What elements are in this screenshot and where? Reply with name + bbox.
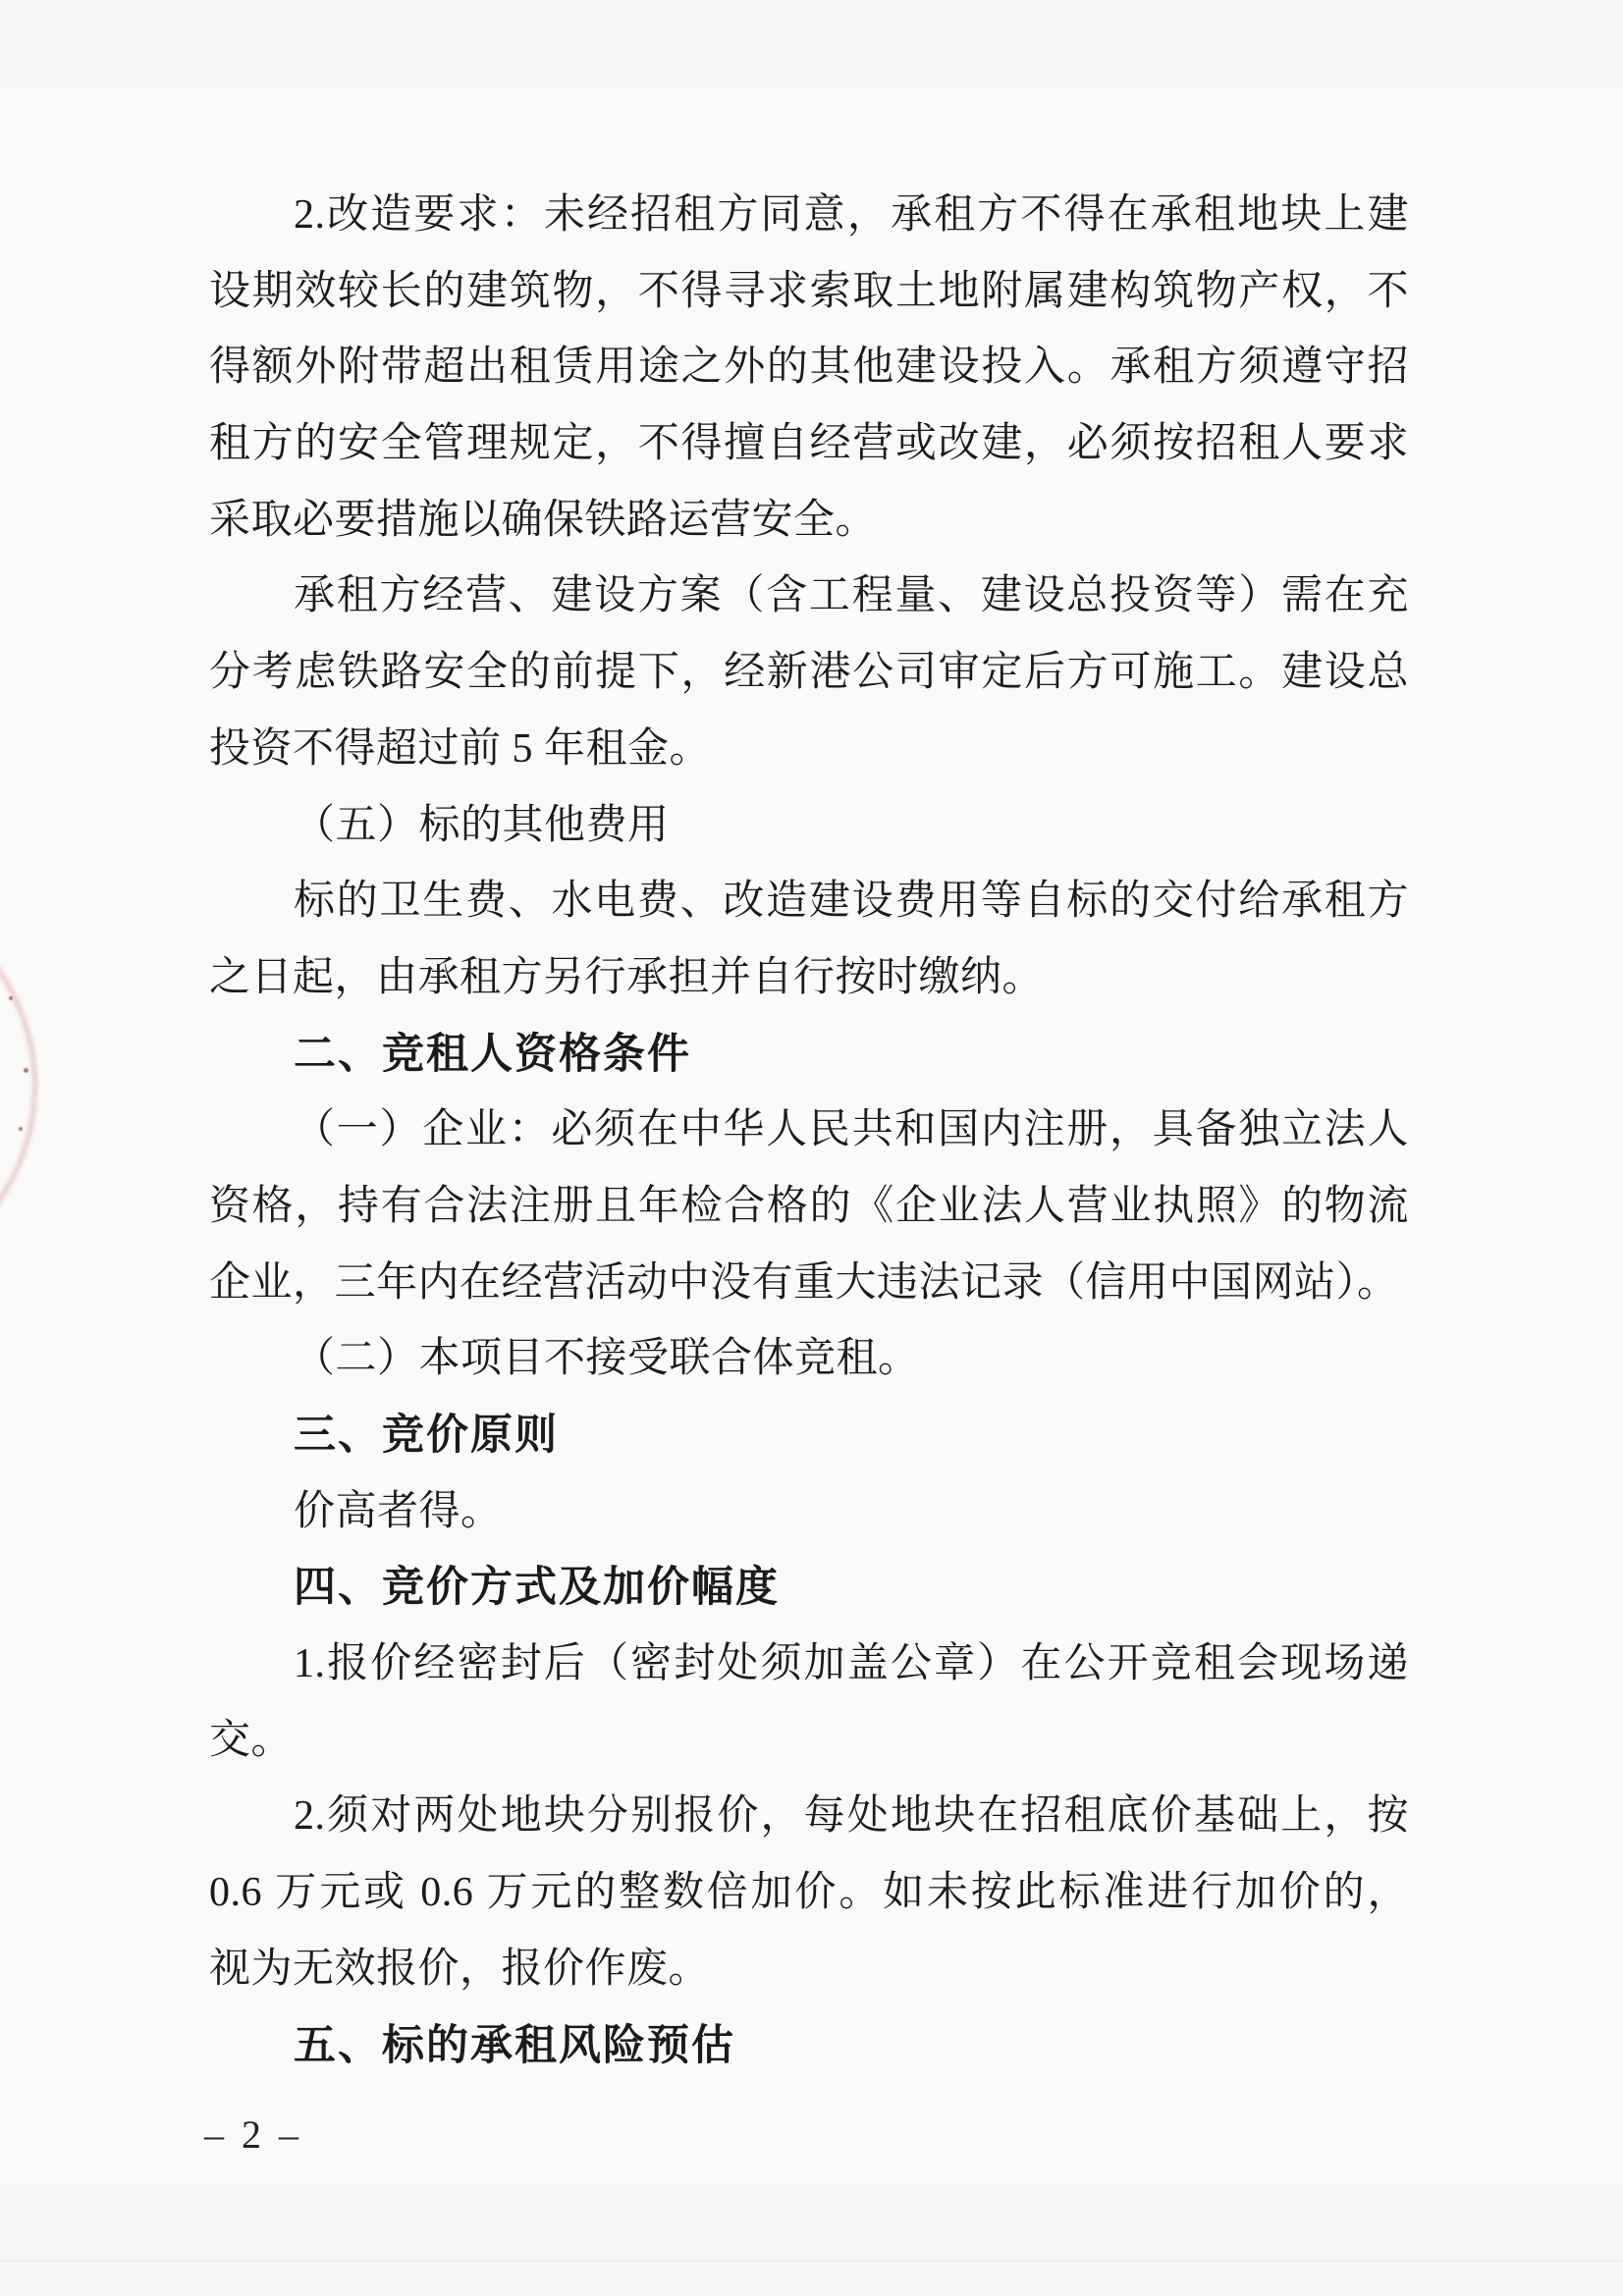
text-line: 设期效较长的建筑物，不得寻求索取土地附属建构筑物产权，不 bbox=[209, 254, 1409, 331]
text-line: 2.改造要求：未经招租方同意，承租方不得在承租地块上建 bbox=[209, 178, 1409, 254]
text-line: 视为无效报价，报价作废。 bbox=[209, 1932, 1409, 2008]
text-line: 交。 bbox=[209, 1703, 1409, 1780]
section-heading: 三、竞价原则 bbox=[209, 1398, 1409, 1474]
text-line: （二）本项目不接受联合体竞租。 bbox=[209, 1321, 1409, 1398]
document-page: 2.改造要求：未经招租方同意，承租方不得在承租地块上建设期效较长的建筑物，不得寻… bbox=[0, 0, 1623, 2296]
section-heading: 五、标的承租风险预估 bbox=[209, 2008, 1409, 2085]
text-line: 得额外附带超出租赁用途之外的其他建设投入。承租方须遵守招 bbox=[209, 330, 1409, 406]
red-seal-artifact bbox=[0, 881, 37, 1290]
text-line: （五）标的其他费用 bbox=[209, 788, 1409, 865]
text-block: 2.改造要求：未经招租方同意，承租方不得在承租地块上建设期效较长的建筑物，不得寻… bbox=[209, 178, 1409, 2084]
text-line: 0.6 万元或 0.6 万元的整数倍加价。如未按此标准进行加价的， bbox=[209, 1855, 1409, 1932]
text-line: 资格，持有合法注册且年检合格的《企业法人营业执照》的物流 bbox=[209, 1169, 1409, 1246]
text-line: 采取必要措施以确保铁路运营安全。 bbox=[209, 483, 1409, 560]
section-heading: 四、竞价方式及加价幅度 bbox=[209, 1550, 1409, 1627]
section-heading: 二、竞租人资格条件 bbox=[209, 1017, 1409, 1094]
red-seal-speck bbox=[19, 1127, 23, 1131]
text-line: 承租方经营、建设方案（含工程量、建设总投资等）需在充 bbox=[209, 559, 1409, 635]
text-line: 投资不得超过前 5 年租金。 bbox=[209, 712, 1409, 788]
red-seal-speck bbox=[9, 996, 13, 1000]
text-line: 企业，三年内在经营活动中没有重大违法记录（信用中国网站）。 bbox=[209, 1246, 1409, 1322]
text-line: 分考虑铁路安全的前提下，经新港公司审定后方可施工。建设总 bbox=[209, 635, 1409, 712]
text-line: （一）企业：必须在中华人民共和国内注册，具备独立法人 bbox=[209, 1093, 1409, 1169]
scan-artifact-line bbox=[0, 2260, 1623, 2262]
page-number: – 2 – bbox=[204, 2110, 302, 2160]
red-seal-speck bbox=[24, 1068, 28, 1073]
text-line: 1.报价经密封后（密封处须加盖公章）在公开竞租会现场递 bbox=[209, 1627, 1409, 1703]
text-line: 之日起，由承租方另行承担并自行按时缴纳。 bbox=[209, 940, 1409, 1017]
text-line: 2.须对两处地块分别报价，每处地块在招租底价基础上，按 bbox=[209, 1779, 1409, 1855]
text-line: 标的卫生费、水电费、改造建设费用等自标的交付给承租方 bbox=[209, 864, 1409, 940]
text-line: 租方的安全管理规定，不得擅自经营或改建，必须按招租人要求 bbox=[209, 406, 1409, 483]
text-line: 价高者得。 bbox=[209, 1474, 1409, 1551]
